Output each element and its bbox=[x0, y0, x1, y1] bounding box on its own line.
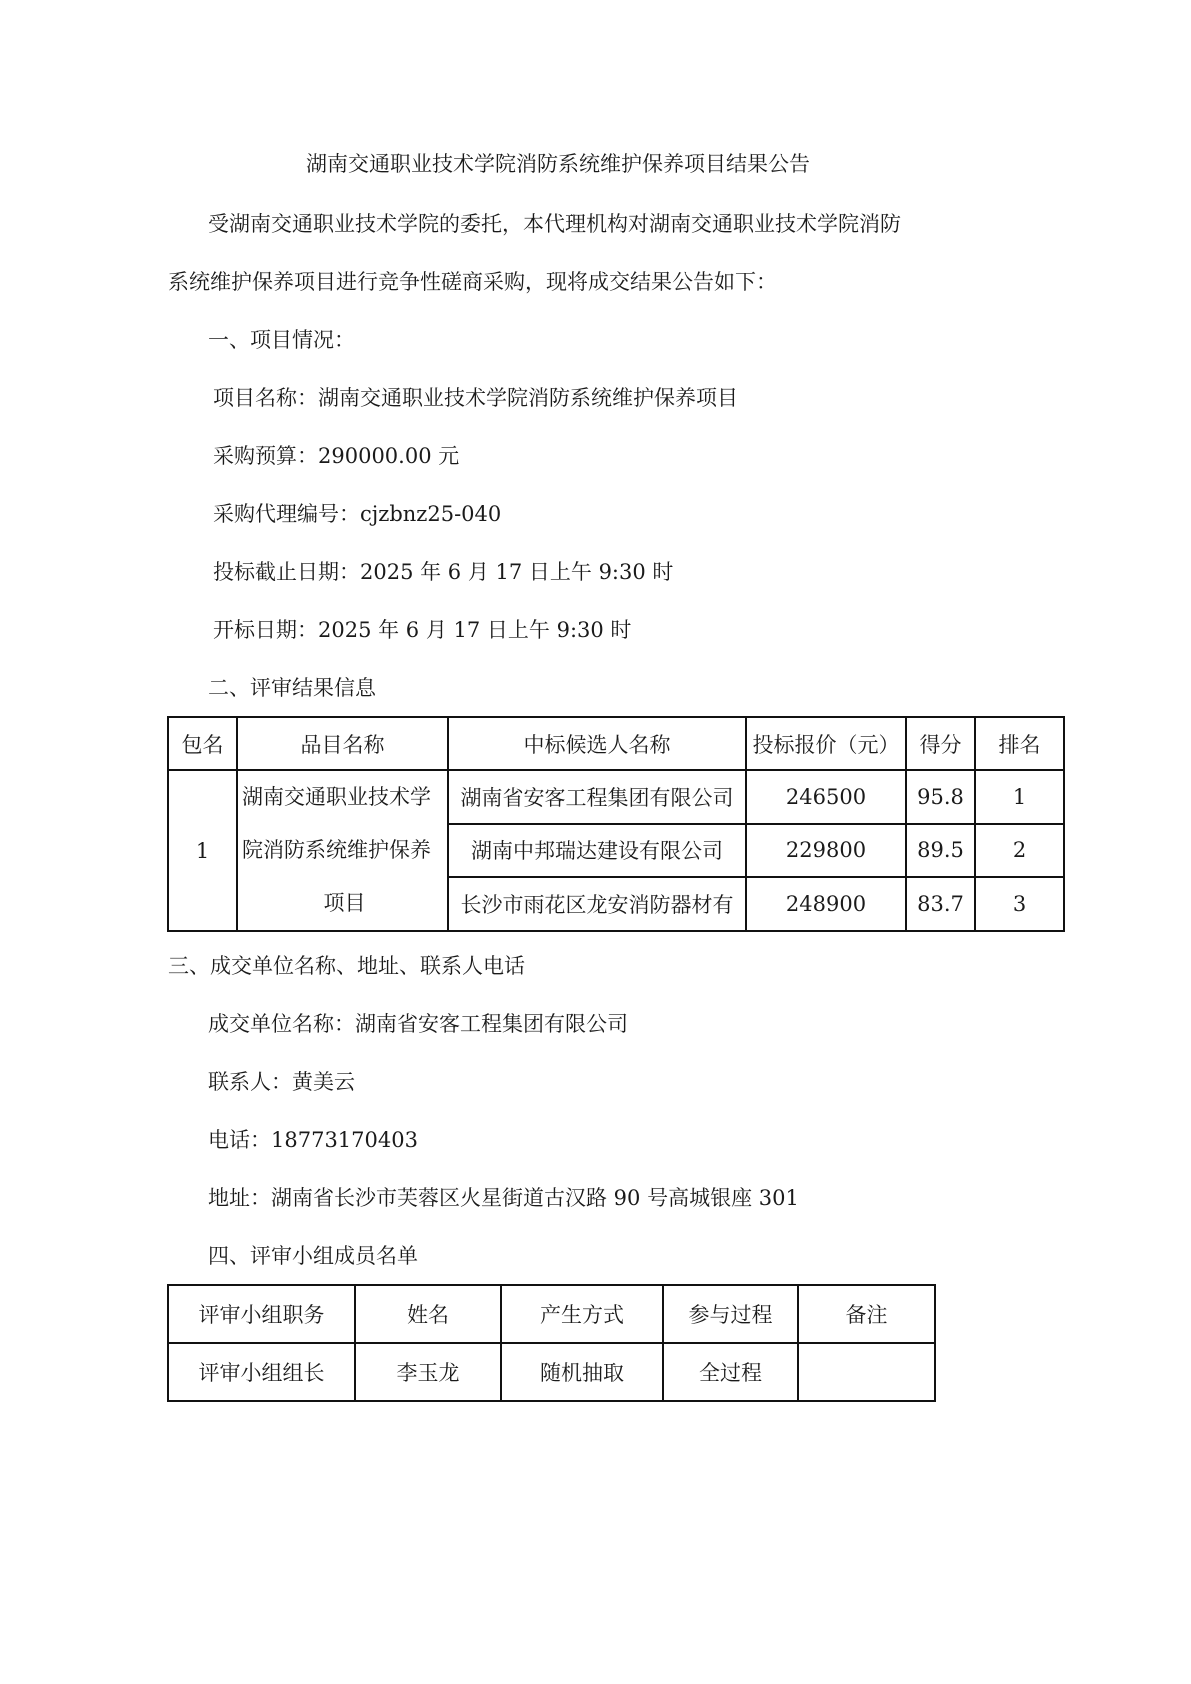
intro-paragraph-line-1: 受湖南交通职业技术学院的委托，本代理机构对湖南交通职业技术学院消防 bbox=[208, 210, 901, 238]
rank: 2 bbox=[975, 824, 1064, 878]
bid-price: 248900 bbox=[746, 877, 906, 931]
bid-price: 246500 bbox=[746, 770, 906, 824]
candidate-name: 湖南省安客工程集团有限公司 bbox=[448, 770, 746, 824]
procurement-budget: 采购预算：290000.00 元 bbox=[213, 442, 459, 470]
section-heading-review-results: 二、评审结果信息 bbox=[208, 674, 376, 702]
header-item-name: 品目名称 bbox=[237, 717, 448, 770]
winning-company: 成交单位名称：湖南省安客工程集团有限公司 bbox=[208, 1010, 628, 1038]
header-selection-method: 产生方式 bbox=[501, 1285, 663, 1343]
score: 89.5 bbox=[906, 824, 975, 878]
remarks bbox=[798, 1343, 935, 1401]
table-row: 1 湖南交通职业技术学 院消防系统维护保养 项目 湖南省安客工程集团有限公司 2… bbox=[168, 770, 1064, 824]
item-name-line: 项目 bbox=[242, 877, 447, 930]
table-header-row: 评审小组职务 姓名 产生方式 参与过程 备注 bbox=[168, 1285, 935, 1343]
header-package: 包名 bbox=[168, 717, 237, 770]
participation: 全过程 bbox=[663, 1343, 798, 1401]
review-results-table: 包名 品目名称 中标候选人名称 投标报价（元） 得分 排名 1 湖南交通职业技术… bbox=[167, 716, 1065, 932]
agency-number: 采购代理编号：cjzbnz25-040 bbox=[213, 500, 501, 528]
contact-person: 联系人：黄美云 bbox=[208, 1068, 355, 1096]
candidate-name: 湖南中邦瑞达建设有限公司 bbox=[448, 824, 746, 878]
item-name-line: 湖南交通职业技术学 bbox=[242, 771, 447, 824]
document-title: 湖南交通职业技术学院消防系统维护保养项目结果公告 bbox=[306, 150, 810, 178]
candidate-name: 长沙市雨花区龙安消防器材有 bbox=[448, 877, 746, 931]
header-score: 得分 bbox=[906, 717, 975, 770]
header-panel-role: 评审小组职务 bbox=[168, 1285, 355, 1343]
score: 83.7 bbox=[906, 877, 975, 931]
project-name: 项目名称：湖南交通职业技术学院消防系统维护保养项目 bbox=[213, 384, 738, 412]
member-name: 李玉龙 bbox=[355, 1343, 501, 1401]
bid-opening-date: 开标日期：2025 年 6 月 17 日上午 9:30 时 bbox=[213, 616, 631, 644]
selection-method: 随机抽取 bbox=[501, 1343, 663, 1401]
item-name-line: 院消防系统维护保养 bbox=[242, 824, 447, 877]
header-candidate-name: 中标候选人名称 bbox=[448, 717, 746, 770]
package-number: 1 bbox=[168, 770, 237, 931]
header-bid-price: 投标报价（元） bbox=[746, 717, 906, 770]
score: 95.8 bbox=[906, 770, 975, 824]
company-address: 地址：湖南省长沙市芙蓉区火星街道古汉路 90 号高城银座 301 bbox=[208, 1184, 799, 1212]
section-heading-review-panel: 四、评审小组成员名单 bbox=[208, 1242, 418, 1270]
section-heading-project-info: 一、项目情况： bbox=[208, 326, 355, 354]
review-panel-table: 评审小组职务 姓名 产生方式 参与过程 备注 评审小组组长 李玉龙 随机抽取 全… bbox=[167, 1284, 936, 1402]
bid-price: 229800 bbox=[746, 824, 906, 878]
header-member-name: 姓名 bbox=[355, 1285, 501, 1343]
panel-role: 评审小组组长 bbox=[168, 1343, 355, 1401]
bid-deadline: 投标截止日期：2025 年 6 月 17 日上午 9:30 时 bbox=[213, 558, 673, 586]
rank: 1 bbox=[975, 770, 1064, 824]
section-heading-winner-info: 三、成交单位名称、地址、联系人电话 bbox=[168, 952, 525, 980]
header-rank: 排名 bbox=[975, 717, 1064, 770]
intro-paragraph-line-2: 系统维护保养项目进行竞争性磋商采购，现将成交结果公告如下： bbox=[168, 268, 777, 296]
table-header-row: 包名 品目名称 中标候选人名称 投标报价（元） 得分 排名 bbox=[168, 717, 1064, 770]
header-participation: 参与过程 bbox=[663, 1285, 798, 1343]
item-name-cell: 湖南交通职业技术学 院消防系统维护保养 项目 bbox=[237, 770, 448, 931]
table-row: 评审小组组长 李玉龙 随机抽取 全过程 bbox=[168, 1343, 935, 1401]
header-remarks: 备注 bbox=[798, 1285, 935, 1343]
rank: 3 bbox=[975, 877, 1064, 931]
contact-phone: 电话：18773170403 bbox=[208, 1126, 418, 1154]
